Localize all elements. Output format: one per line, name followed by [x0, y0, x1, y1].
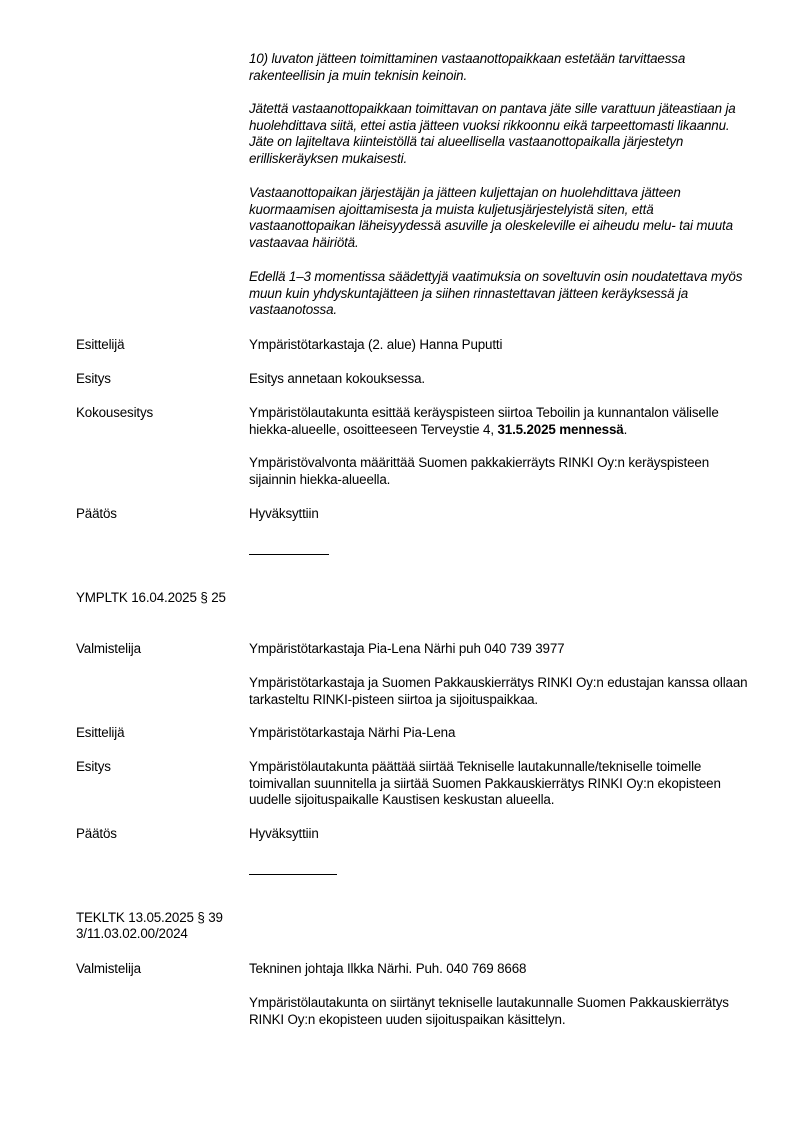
esittelija-value: Ympäristötarkastaja (2. alue) Hanna Pupu… — [249, 337, 749, 354]
section-header-tekltk: TEKLTK 13.05.2025 § 39 — [76, 910, 223, 927]
intro-paragraph-3: Vastaanottopaikan järjestäjän ja jätteen… — [249, 185, 749, 251]
valmistelija-value: Ympäristötarkastaja Pia-Lena Närhi puh 0… — [249, 641, 749, 658]
kokousesitys-value: Ympäristölautakunta esittää keräyspistee… — [249, 405, 749, 438]
esitys-label: Esitys — [76, 371, 111, 388]
valmistelija-value-3: Tekninen johtaja Ilkka Närhi. Puh. 040 7… — [249, 961, 749, 978]
valmistelija-value-2: Ympäristötarkastaja ja Suomen Pakkauskie… — [249, 675, 749, 708]
intro-paragraph-1: 10) luvaton jätteen toimittaminen vastaa… — [249, 51, 749, 84]
esitys-value-2: Ympäristölautakunta päättää siirtää Tekn… — [249, 759, 739, 809]
deadline-date: 31.5.2025 mennessä — [497, 422, 623, 437]
esittelija-label-2: Esittelijä — [76, 725, 124, 742]
paatos-value: Hyväksyttiin — [249, 506, 749, 523]
kokousesitys-label: Kokousesitys — [76, 405, 153, 422]
intro-paragraph-2: Jätettä vastaanottopaikkaan toimittavan … — [249, 101, 749, 167]
valmistelija-value-3b: Ympäristölautakunta on siirtänyt teknise… — [249, 995, 729, 1028]
esitys-label-2: Esitys — [76, 759, 111, 776]
valmistelija-label-3: Valmistelija — [76, 961, 141, 978]
separator-rule — [249, 554, 329, 555]
esitys-value: Esitys annetaan kokouksessa. — [249, 371, 749, 388]
valmistelija-label: Valmistelija — [76, 641, 141, 658]
kokousesitys-value-2: Ympäristövalvonta määrittää Suomen pakka… — [249, 455, 749, 488]
paatos-value-2: Hyväksyttiin — [249, 826, 749, 843]
paatos-label: Päätös — [76, 506, 117, 523]
kokousesitys-text: Ympäristölautakunta esittää keräyspistee… — [249, 405, 719, 437]
section-record-number: 3/11.03.02.00/2024 — [76, 926, 188, 943]
intro-paragraph-4: Edellä 1–3 momentissa säädettyjä vaatimu… — [249, 269, 749, 319]
esittelija-value-2: Ympäristötarkastaja Närhi Pia-Lena — [249, 725, 749, 742]
paatos-label-2: Päätös — [76, 826, 117, 843]
separator-rule-2 — [249, 874, 337, 875]
section-header-ymplatk: YMPLTK 16.04.2025 § 25 — [76, 590, 226, 607]
esittelija-label: Esittelijä — [76, 337, 124, 354]
kokousesitys-end: . — [624, 422, 628, 437]
